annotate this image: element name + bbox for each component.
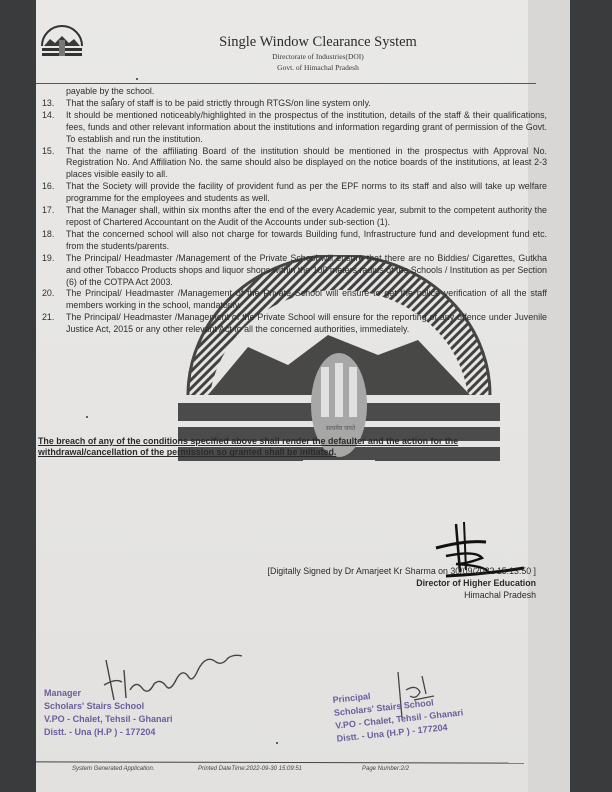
clause-text: That the concerned school will also not … — [66, 229, 547, 253]
footer-divider — [36, 761, 524, 763]
footer-generated: System Generated Application. — [72, 766, 155, 772]
clause-text: That the name of the affiliating Board o… — [66, 146, 547, 182]
clause-number: 19. — [42, 253, 66, 289]
document-page: Single Window Clearance System Directora… — [36, 0, 570, 792]
clause-number: 18. — [42, 229, 66, 253]
manager-district: Distt. - Una (H.P ) - 177204 — [44, 726, 173, 739]
digital-signature-text: [Digitally Signed by Dr Amarjeet Kr Shar… — [216, 565, 536, 577]
condition-clause: 14.It should be mentioned noticeably/hig… — [42, 110, 547, 146]
clause-text: The Principal/ Headmaster /Management of… — [66, 312, 547, 336]
manager-school: Scholars' Stairs School — [44, 700, 173, 713]
clause-text: The Principal/ Headmaster /Management of… — [66, 288, 547, 312]
speck — [112, 98, 114, 100]
emblem-motto: सत्यमेव जयते — [326, 424, 355, 432]
clause-text: That the Manager shall, within six month… — [66, 205, 547, 229]
conditions-list: payable by the school. 13.That the salar… — [42, 86, 547, 336]
breach-notice: The breach of any of the conditions spec… — [38, 436, 518, 459]
speck — [136, 78, 138, 80]
speck — [276, 742, 278, 744]
footer-printed-datetime: Printed DateTime:2022-09-30 15:09:51 — [198, 766, 302, 772]
condition-clause: 21.The Principal/ Headmaster /Management… — [42, 312, 547, 336]
clause-number: 20. — [42, 288, 66, 312]
condition-clause: 17.That the Manager shall, within six mo… — [42, 205, 547, 229]
manager-stamp: Manager Scholars' Stairs School V.PO - C… — [44, 687, 173, 739]
clause-number: 17. — [42, 205, 66, 229]
condition-clause: 20.The Principal/ Headmaster /Management… — [42, 288, 547, 312]
clause-text: That the salary of staff is to be paid s… — [66, 98, 547, 110]
digital-signature-block: [Digitally Signed by Dr Amarjeet Kr Shar… — [216, 565, 536, 601]
clause-number: 13. — [42, 98, 66, 110]
footer-page-number: Page Number:2/2 — [362, 766, 409, 772]
condition-clause: 15.That the name of the affiliating Boar… — [42, 146, 547, 182]
principal-stamp: Principal Scholars' Stairs School V.PO -… — [332, 681, 465, 746]
clause-number: 21. — [42, 312, 66, 336]
header-title: Single Window Clearance System — [36, 34, 570, 51]
director-state: Himachal Pradesh — [216, 589, 536, 601]
clause-text: It should be mentioned noticeably/highli… — [66, 110, 547, 146]
director-designation: Director of Higher Education — [216, 577, 536, 589]
clause-number: 14. — [42, 110, 66, 146]
clause-number: 15. — [42, 146, 66, 182]
header-divider — [36, 83, 536, 84]
condition-clause: 19.The Principal/ Headmaster /Management… — [42, 253, 547, 289]
condition-clause: 16.That the Society will provide the fac… — [42, 181, 547, 205]
header-subtitle-govt: Govt. of Himachal Pradesh — [36, 63, 570, 72]
continuation-text: payable by the school. — [42, 86, 547, 98]
clause-text: The Principal/ Headmaster /Management of… — [66, 253, 547, 289]
condition-clause: 13.That the salary of staff is to be pai… — [42, 98, 547, 110]
condition-clause: 18.That the concerned school will also n… — [42, 229, 547, 253]
header-subtitle-directorate: Directorate of Industries(DOI) — [36, 52, 570, 61]
speck — [86, 416, 88, 418]
clause-text: That the Society will provide the facili… — [66, 181, 547, 205]
clause-number: 16. — [42, 181, 66, 205]
manager-address: V.PO - Chalet, Tehsil - Ghanari — [44, 713, 173, 726]
manager-role: Manager — [44, 687, 173, 700]
